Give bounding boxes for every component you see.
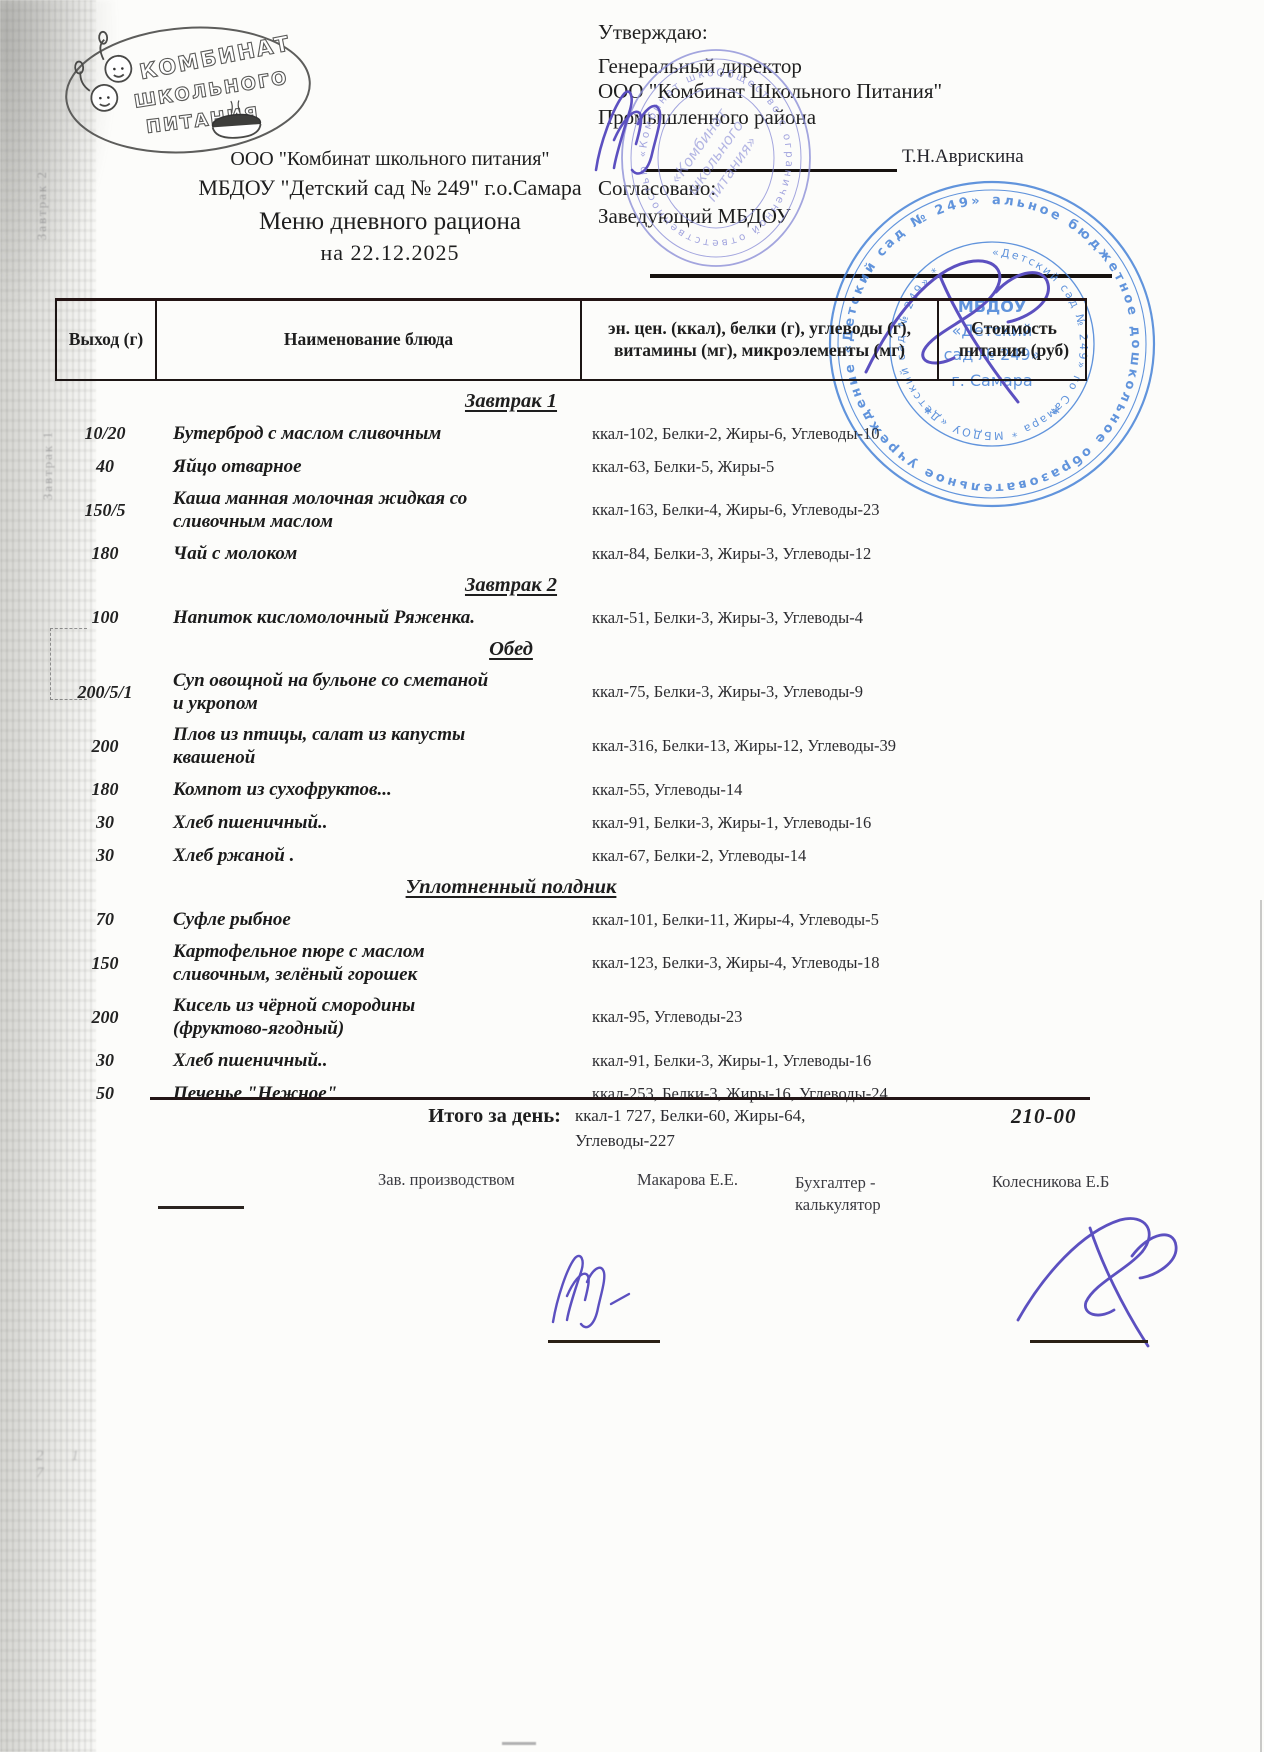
company-name: ООО "Комбинат школьного питания" — [120, 146, 660, 173]
dish-output: 40 — [55, 456, 155, 477]
document-header: ООО "Комбинат школьного питания" МБДОУ "… — [120, 146, 660, 268]
accountant-name: Колесникова Е.Б — [992, 1172, 1109, 1192]
scanned-menu-document: Завтрак 2 Завтрак 1 2 1 7 КОМБИ — [0, 0, 1264, 1752]
dish-name: Бутерброд с маслом сливочным — [155, 422, 493, 445]
scan-edge-line — [1260, 900, 1262, 1752]
dish-output: 180 — [55, 543, 155, 564]
dish-nutrition: ккал-253, Белки-3, Жиры-16, Углеводы-24 — [585, 1084, 1087, 1104]
dish-nutrition: ккал-84, Белки-3, Жиры-3, Углеводы-12 — [585, 544, 1087, 564]
scan-tick — [502, 1742, 536, 1745]
dish-nutrition: ккал-163, Белки-4, Жиры-6, Углеводы-23 — [585, 500, 1087, 520]
total-label: Итого за день: — [55, 1104, 575, 1128]
menu-row: 100Напиток кисломолочный Ряженка.ккал-51… — [55, 601, 1087, 634]
dish-output: 200 — [55, 1007, 155, 1028]
table-header-row: Выход (г) Наименование блюда эн. цен. (к… — [55, 298, 1087, 381]
dish-nutrition: ккал-316, Белки-13, Жиры-12, Углеводы-39 — [585, 736, 1087, 756]
total-price: 210-00 — [975, 1104, 1087, 1129]
menu-row: 10/20Бутерброд с маслом сливочнымккал-10… — [55, 417, 1087, 450]
section-title: Уплотненный полдник — [55, 872, 967, 903]
menu-body: Завтрак 110/20Бутерброд с маслом сливочн… — [55, 381, 1087, 1110]
dish-nutrition: ккал-75, Белки-3, Жиры-3, Углеводы-9 — [585, 682, 1087, 702]
production-manager-signature — [545, 1248, 665, 1340]
signature-line — [158, 1206, 244, 1209]
menu-row: 200/5/1Суп овощной на бульоне со сметано… — [55, 665, 1087, 719]
dish-output: 150 — [55, 953, 155, 974]
dish-nutrition: ккал-55, Углеводы-14 — [585, 780, 1087, 800]
dish-nutrition: ккал-67, Белки-2, Углеводы-14 — [585, 846, 1087, 866]
logo-kid-icon — [99, 30, 132, 83]
dish-name: Суп овощной на бульоне со сметаной и укр… — [155, 669, 493, 715]
col-header-dish: Наименование блюда — [157, 301, 582, 379]
dish-nutrition: ккал-91, Белки-3, Жиры-1, Углеводы-16 — [585, 813, 1087, 833]
dish-output: 30 — [55, 845, 155, 866]
menu-row: 180Компот из сухофруктов...ккал-55, Угле… — [55, 773, 1087, 806]
section-title: Завтрак 2 — [55, 570, 967, 601]
menu-row: 40Яйцо отварноеккал-63, Белки-5, Жиры-5 — [55, 450, 1087, 483]
section-title-text: Обед — [489, 638, 533, 661]
director-signature — [588, 84, 738, 180]
dish-name: Кисель из чёрной смородины (фруктово-яго… — [155, 994, 493, 1040]
menu-row: 150Картофельное пюре с маслом сливочным,… — [55, 936, 1087, 990]
menu-row: 70Суфле рыбноеккал-101, Белки-11, Жиры-4… — [55, 903, 1087, 936]
signature-line — [548, 1340, 660, 1343]
total-divider-line — [150, 1097, 1090, 1100]
total-nutrition: ккал-1 727, Белки-60, Жиры-64, Углеводы-… — [575, 1104, 975, 1153]
dish-output: 200/5/1 — [55, 682, 155, 703]
dish-name: Напиток кисломолочный Ряженка. — [155, 606, 493, 629]
dish-name: Хлеб пшеничный.. — [155, 811, 493, 834]
dish-output: 180 — [55, 779, 155, 800]
dish-name: Картофельное пюре с маслом сливочным, зе… — [155, 940, 493, 986]
menu-row: 200Плов из птицы, салат из капусты кваше… — [55, 719, 1087, 773]
menu-table: Выход (г) Наименование блюда эн. цен. (к… — [55, 298, 1087, 1110]
company-logo: КОМБИНАТ ШКОЛЬНОГО ПИТАНИЯ — [58, 15, 319, 164]
bleedthrough-text: Завтрак 1 — [40, 430, 56, 500]
total-nutrition-line1: ккал-1 727, Белки-60, Жиры-64, — [575, 1104, 975, 1129]
dish-nutrition: ккал-123, Белки-3, Жиры-4, Углеводы-18 — [585, 953, 1087, 973]
accountant-signature — [1000, 1208, 1190, 1350]
dish-output: 70 — [55, 909, 155, 930]
menu-row: 150/5Каша манная молочная жидкая со слив… — [55, 483, 1087, 537]
dish-name: Компот из сухофруктов... — [155, 778, 493, 801]
menu-row: 30Хлеб пшеничный..ккал-91, Белки-3, Жиры… — [55, 1044, 1087, 1077]
dish-name: Чай с молоком — [155, 542, 493, 565]
dish-nutrition: ккал-95, Углеводы-23 — [585, 1007, 1087, 1027]
dish-output: 150/5 — [55, 500, 155, 521]
dish-nutrition: ккал-63, Белки-5, Жиры-5 — [585, 457, 1087, 477]
institution-name: МБДОУ "Детский сад № 249" г.о.Самара — [120, 173, 660, 203]
dish-output: 10/20 — [55, 423, 155, 444]
dish-nutrition: ккал-51, Белки-3, Жиры-3, Углеводы-4 — [585, 608, 1087, 628]
dish-name: Плов из птицы, салат из капусты квашеной — [155, 723, 493, 769]
section-title-text: Завтрак 1 — [465, 390, 557, 413]
daily-total-row: Итого за день: ккал-1 727, Белки-60, Жир… — [55, 1104, 1087, 1153]
menu-row: 200Кисель из чёрной смородины (фруктово-… — [55, 990, 1087, 1044]
menu-row: 180Чай с молокомккал-84, Белки-3, Жиры-3… — [55, 537, 1087, 570]
dish-name: Суфле рыбное — [155, 908, 493, 931]
dish-output: 100 — [55, 607, 155, 628]
accountant-label: Бухгалтер - калькулятор — [795, 1172, 915, 1217]
scan-smudge: 2 1 7 — [36, 1448, 96, 1474]
col-header-output: Выход (г) — [57, 301, 157, 379]
section-title: Обед — [55, 634, 967, 665]
dish-name: Хлеб ржаной . — [155, 844, 493, 867]
menu-row: 30Хлеб пшеничный..ккал-91, Белки-3, Жиры… — [55, 806, 1087, 839]
production-manager-label: Зав. производством — [378, 1170, 515, 1190]
col-header-price: Стоимость питания (руб) — [939, 301, 1089, 379]
document-title: Меню дневного рациона — [120, 205, 660, 239]
menu-row: 30Хлеб ржаной .ккал-67, Белки-2, Углевод… — [55, 839, 1087, 872]
dish-name: Каша манная молочная жидкая со сливочным… — [155, 487, 493, 533]
signature-line — [1030, 1340, 1148, 1343]
dish-nutrition: ккал-101, Белки-11, Жиры-4, Углеводы-5 — [585, 910, 1087, 930]
dish-name: Хлеб пшеничный.. — [155, 1049, 493, 1072]
document-date: на 22.12.2025 — [120, 238, 660, 268]
section-title-text: Уплотненный полдник — [406, 876, 617, 899]
dish-name: Печенье "Нежное" — [155, 1082, 493, 1105]
dish-name: Яйцо отварное — [155, 455, 493, 478]
total-nutrition-line2: Углеводы-227 — [575, 1129, 975, 1154]
dish-output: 200 — [55, 736, 155, 757]
col-header-nutrition: эн. цен. (ккал), белки (г), углеводы (г)… — [582, 301, 939, 379]
dish-nutrition: ккал-91, Белки-3, Жиры-1, Углеводы-16 — [585, 1051, 1087, 1071]
production-manager-name: Макарова Е.Е. — [637, 1170, 738, 1190]
bleedthrough-text: Завтрак 2 — [34, 170, 50, 240]
dish-output: 30 — [55, 1050, 155, 1071]
section-title-text: Завтрак 2 — [465, 574, 557, 597]
dish-output: 50 — [55, 1083, 155, 1104]
dish-output: 30 — [55, 812, 155, 833]
section-title: Завтрак 1 — [55, 386, 967, 417]
dish-nutrition: ккал-102, Белки-2, Жиры-6, Углеводы-10 — [585, 424, 1087, 444]
